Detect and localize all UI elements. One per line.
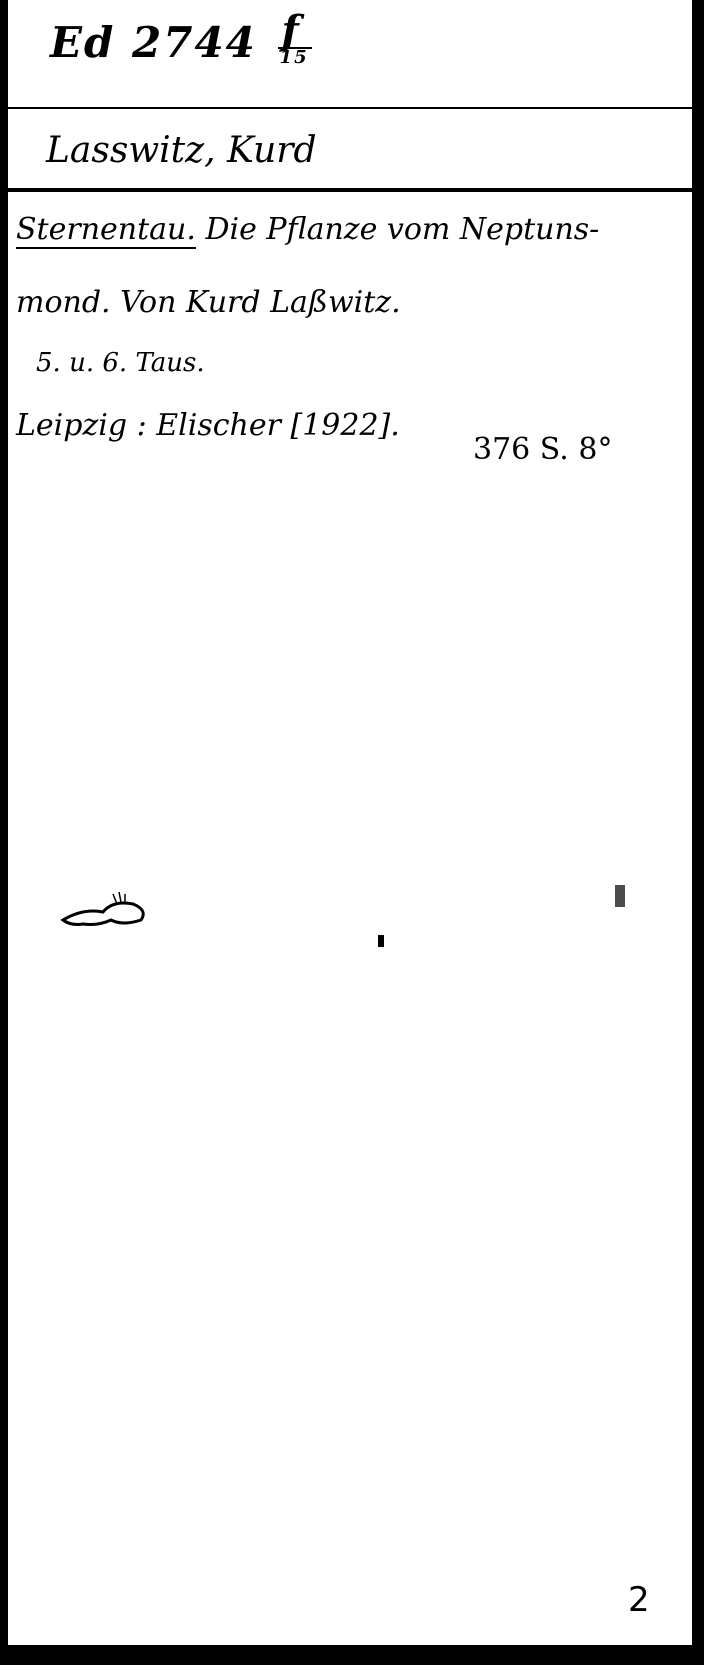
call-number-value: 2744 [132,18,257,67]
sheet-number: 2 [628,1580,650,1620]
speck [615,885,625,907]
imprint: Leipzig : Elischer [1922]. [16,408,400,443]
author-divider [8,188,692,192]
call-number: Ed 2744 f 15 [50,18,314,71]
call-number-fraction: f 15 [274,21,314,71]
author-heading: Lasswitz, Kurd [46,130,317,171]
edition-statement: 5. u. 6. Taus. [36,348,205,378]
title-line-1: Sternentau. Die Pflanze vom Neptuns- [16,212,599,247]
call-number-prefix: Ed [50,18,115,67]
title-line-2: mond. Von Kurd Laßwitz. [16,285,401,320]
ink-stain [53,890,163,930]
main-title: Sternentau. [16,212,196,247]
collation: 376 S. 8° [473,432,612,467]
subtitle-part-1: Die Pflanze vom Neptuns- [205,212,599,247]
header-divider [8,107,692,109]
fraction-denominator: 15 [280,47,309,68]
catalog-card: Ed 2744 f 15 Lasswitz, Kurd Sternentau. … [8,0,692,1645]
speck [378,935,384,947]
